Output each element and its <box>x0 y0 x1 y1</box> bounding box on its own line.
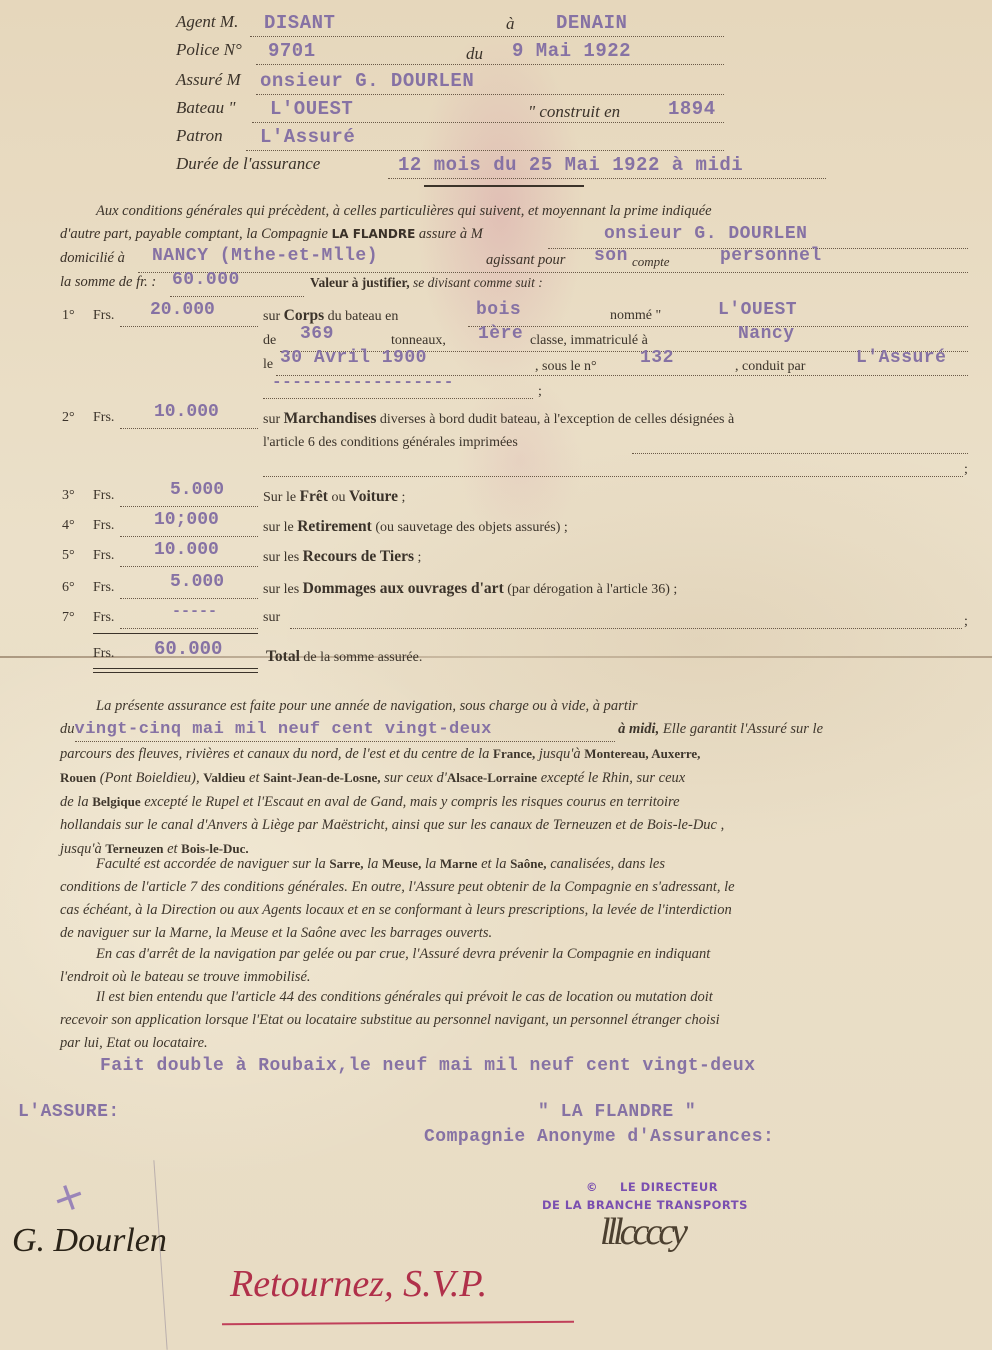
paper-fold-horizontal <box>0 656 992 658</box>
p4-line-2: recevoir son application lorsque l'Etat … <box>60 1009 972 1032</box>
retournez-annotation: Retournez, S.V.P. <box>230 1262 487 1306</box>
item-num: 5° <box>62 548 75 564</box>
somme-value: 60.000 <box>172 270 240 290</box>
duree-row: Durée de l'assurance 12 mois du 25 Mai 1… <box>176 154 826 180</box>
divisant-label: se divisant comme suit : <box>413 275 543 290</box>
fait-double-line: Fait double à Roubaix,le neuf mai mil ne… <box>100 1056 756 1076</box>
cross-mark-icon: + <box>45 1170 92 1225</box>
item-material: bois <box>476 300 521 320</box>
tonnage-value: 369 <box>300 324 334 344</box>
patron-label: Patron <box>176 126 223 145</box>
item-frs: Frs. <box>93 610 114 626</box>
conduit-value: L'Assuré <box>856 348 946 368</box>
police-date-value: 9 Mai 1922 <box>512 40 631 62</box>
item-description: Sur le Frêt ou Voiture ; <box>263 488 405 506</box>
bateau-value: L'OUEST <box>270 98 353 120</box>
p4-line-3: par lui, Etat ou locataire. <box>60 1032 972 1055</box>
start-date-typed: vingt-cinq mai mil neuf cent vingt-deux <box>75 720 492 739</box>
item-description: sur Corps du bateau en <box>263 307 398 325</box>
compte-value: personnel <box>720 246 822 266</box>
classe-value: 1ère <box>478 324 523 344</box>
agent-value: DISANT <box>264 12 335 34</box>
duree-label: Durée de l'assurance <box>176 154 320 173</box>
paragraph-navigation-scope: La présente assurance est faite pour une… <box>60 695 972 861</box>
p1-line-3: parcours des fleuves, rivières et canaux… <box>60 742 972 766</box>
item-num: 6° <box>62 580 75 596</box>
p1-line-4: Rouen (Pont Boieldieu), Valdieu et Saint… <box>60 766 972 790</box>
assure-row: Assuré M onsieur G. DOURLEN <box>176 70 724 96</box>
total-frs: Frs. <box>93 646 114 662</box>
agissant-label: agissant pour <box>486 252 565 269</box>
agent-place-value: DENAIN <box>556 12 627 34</box>
domicile-value: NANCY (Mthe-et-Mlle) <box>152 246 378 266</box>
item-num: 3° <box>62 488 75 504</box>
p2-line-2: conditions de l'article 7 des conditions… <box>60 876 972 899</box>
p1-line-1: La présente assurance est faite pour une… <box>60 695 972 718</box>
assure-a-label: assure à M <box>419 226 483 242</box>
insured-signature: G. Dourlen <box>12 1222 167 1260</box>
nomme-label: nommé " <box>610 308 661 324</box>
construit-label: " construit en <box>528 102 620 122</box>
p2-line-4: de naviguer sur la Marne, la Meuse et la… <box>60 922 972 945</box>
intro-line-2: d'autre part, payable comptant, la Compa… <box>60 226 483 243</box>
item-amount: 10.000 <box>154 540 219 560</box>
patron-row: Patron L'Assuré <box>176 126 724 152</box>
annotation-underline <box>222 1321 574 1325</box>
p1-line-2: duvingt-cinq mai mil neuf cent vingt-deu… <box>60 718 972 742</box>
le-label: le <box>263 357 273 373</box>
item-frs: Frs. <box>93 580 114 596</box>
p2-line-3: cas échéant, à la Direction ou aux Agent… <box>60 899 972 922</box>
paragraph-article-44: Il est bien entendu que l'article 44 des… <box>60 986 972 1055</box>
assure-label: Assuré M <box>176 70 241 89</box>
item-num: 2° <box>62 410 75 426</box>
assure-signature-label: L'ASSURE: <box>18 1102 120 1122</box>
duree-value: 12 mois du 25 Mai 1922 à midi <box>398 154 743 176</box>
p3-line-1: En cas d'arrêt de la navigation par gelé… <box>60 943 972 966</box>
company-name: LA FLANDRE <box>332 227 416 241</box>
item-description: sur <box>263 610 280 626</box>
agent-label: Agent M. <box>176 12 238 31</box>
domicile-label: domicilié à <box>60 250 125 267</box>
bateau-row: Bateau " L'OUEST " construit en 1894 <box>176 98 724 124</box>
semicolon: ; <box>964 614 968 630</box>
de-label: de <box>263 333 276 349</box>
director-stamp-line-1: ©LE DIRECTEUR <box>586 1180 718 1194</box>
immatriculation-place: Nancy <box>738 324 795 344</box>
sum-rule <box>93 633 258 634</box>
insured-name: onsieur G. DOURLEN <box>604 224 807 244</box>
patron-value: L'Assuré <box>260 126 355 148</box>
agissant-value: son <box>594 246 628 266</box>
valeur-label: Valeur à justifier, <box>310 275 410 290</box>
somme-label: la somme de fr. : <box>60 274 156 291</box>
paragraph-faculte: Faculté est accordée de naviguer sur la … <box>60 852 972 945</box>
item-frs: Frs. <box>93 518 114 534</box>
stamp-circle-icon: © <box>586 1180 598 1194</box>
item-amount: 10.000 <box>154 402 219 422</box>
registration-number: 132 <box>640 348 674 368</box>
director-signature: lllccccy <box>600 1210 684 1254</box>
item-num: 1° <box>62 308 75 324</box>
intro-line-1: Aux conditions générales qui précèdent, … <box>96 203 712 220</box>
item-description: sur Marchandises diverses à bord dudit b… <box>263 410 734 428</box>
intro-line-2-text: d'autre part, payable comptant, la Compa… <box>60 226 328 242</box>
paragraph-arret: En cas d'arrêt de la navigation par gelé… <box>60 943 972 989</box>
item-frs: Frs. <box>93 548 114 564</box>
item-num: 7° <box>62 610 75 626</box>
item-frs: Frs. <box>93 488 114 504</box>
item-amount: 5.000 <box>170 480 224 500</box>
valeur-text: Valeur à justifier, se divisant comme su… <box>310 275 543 291</box>
p2-line-1: Faculté est accordée de naviguer sur la … <box>60 852 972 876</box>
total-rule-2 <box>93 672 258 673</box>
item-description-line-2: l'article 6 des conditions générales imp… <box>263 435 518 451</box>
item-amount: 20.000 <box>150 300 215 320</box>
item-amount: 5.000 <box>170 572 224 592</box>
blank-dashes: ------------------ <box>272 373 454 391</box>
tonneaux-label: tonneaux, <box>391 333 446 349</box>
company-full-name: Compagnie Anonyme d'Assurances: <box>424 1127 774 1147</box>
police-label: Police N° <box>176 40 242 59</box>
conduit-label: , conduit par <box>735 359 807 375</box>
bateau-label: Bateau " <box>176 98 236 117</box>
police-number: 9701 <box>268 40 316 62</box>
item-description: sur le Retirement (ou sauvetage des obje… <box>263 518 568 536</box>
semicolon: ; <box>538 384 542 400</box>
item-frs: Frs. <box>93 410 114 426</box>
classe-label: classe, immatriculé à <box>530 333 648 349</box>
item-description: sur les Recours de Tiers ; <box>263 548 421 566</box>
total-label: Total de la somme assurée. <box>266 648 422 666</box>
total-amount: 60.000 <box>154 638 222 660</box>
item-frs: Frs. <box>93 308 114 324</box>
compte-label: compte <box>632 254 670 270</box>
company-quote: " LA FLANDRE " <box>538 1102 696 1122</box>
agent-place-label: à <box>506 14 515 34</box>
p1-line-5: de la Belgique excepté le Rupel et l'Esc… <box>60 790 972 814</box>
construit-value: 1894 <box>668 98 716 120</box>
item-amount: ----- <box>172 603 217 620</box>
semicolon: ; <box>964 462 968 478</box>
header-rule <box>424 185 584 187</box>
total-rule-1 <box>93 668 258 669</box>
agent-row: Agent M. DISANT à DENAIN <box>176 12 724 38</box>
item-description: sur les Dommages aux ouvrages d'art (par… <box>263 580 677 598</box>
sous-label: , sous le n° <box>535 359 599 375</box>
police-row: Police N° 9701 du 9 Mai 1922 <box>176 40 724 66</box>
p4-line-1: Il est bien entendu que l'article 44 des… <box>60 986 972 1009</box>
p1-line-6: hollandais sur le canal d'Anvers à Liège… <box>60 814 972 837</box>
boat-name: L'OUEST <box>718 300 797 320</box>
item-num: 4° <box>62 518 75 534</box>
police-date-label: du <box>466 44 483 64</box>
item-amount: 10;000 <box>154 510 219 530</box>
immatriculation-date: 30 Avril 1900 <box>280 348 427 368</box>
assure-value: onsieur G. DOURLEN <box>260 70 474 92</box>
